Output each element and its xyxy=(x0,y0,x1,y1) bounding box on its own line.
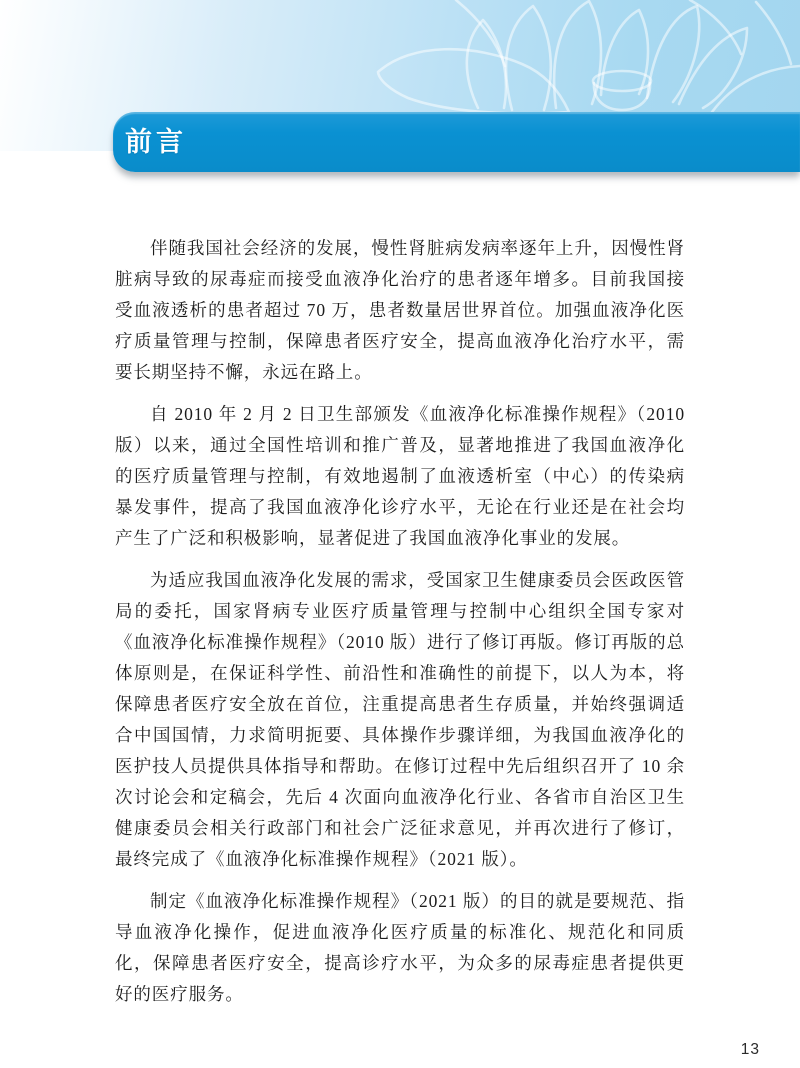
document-page: 前言 伴随我国社会经济的发展，慢性肾脏病发病率逐年上升，因慢性肾脏病导致的尿毒症… xyxy=(0,0,800,1068)
body-paragraph: 制定《血液净化标准操作规程》（2021 版）的目的就是要规范、指导血液净化操作，… xyxy=(115,886,685,1010)
body-paragraph: 伴随我国社会经济的发展，慢性肾脏病发病率逐年上升，因慢性肾脏病导致的尿毒症而接受… xyxy=(115,233,685,388)
body-paragraph: 为适应我国血液净化发展的需求，受国家卫生健康委员会医政医管局的委托，国家肾病专业… xyxy=(115,565,685,875)
preface-title-bar: 前言 xyxy=(113,112,800,172)
preface-body: 伴随我国社会经济的发展，慢性肾脏病发病率逐年上升，因慢性肾脏病导致的尿毒症而接受… xyxy=(115,233,685,1021)
lotus-icon xyxy=(360,0,800,112)
page-number: 13 xyxy=(741,1041,760,1059)
page-title: 前言 xyxy=(113,129,187,156)
body-paragraph: 自 2010 年 2 月 2 日卫生部颁发《血液净化标准操作规程》（2010 版… xyxy=(115,399,685,554)
